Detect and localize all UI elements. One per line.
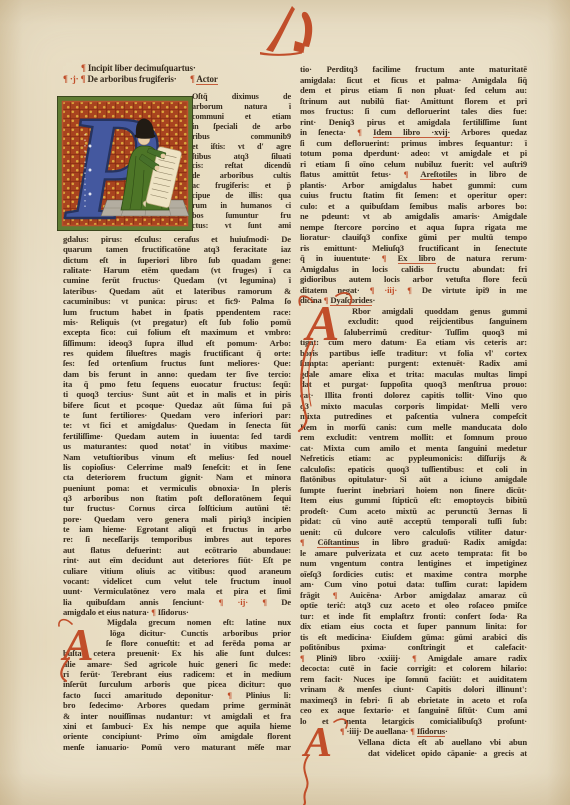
text-line: lateribus· Quedam aūt et lateribus ramor…	[63, 286, 291, 296]
text-line: ribus communib9	[192, 132, 291, 142]
text-line: re: ſi neceſſarijs temporibus imbres aut…	[63, 534, 291, 544]
text-line: decocta: cutē in facie corrigit: et colo…	[300, 663, 527, 674]
text-line: rint· aut eīm decidunt aut deteriores fi…	[63, 555, 291, 565]
text-line: mos fructus: ſi cum defloruerint tales d…	[300, 106, 527, 117]
text-line: ¶ Cōſtantinus in libro graduū· Radix ami…	[300, 537, 527, 548]
text-line: vocant: videlicet cum velut tele fructum…	[63, 576, 291, 586]
rubricated-initial-a-left: A	[56, 614, 108, 684]
text-line: cacuminibus: vt punica: pirus: et fic9· …	[63, 296, 291, 306]
text-line: pidat: cū vino autē acceptū temporali tu…	[300, 516, 527, 527]
text-line: ¶ ·j· ¶ De arboribus frugiferis· ¶ Actor	[63, 74, 291, 85]
text-line: ſtibus atq3 ſiluati	[192, 152, 291, 162]
text-line: arborum natura ī	[192, 102, 291, 112]
text-line: plantis· Arbor amigdalus habet gummi: cu…	[300, 180, 527, 191]
text-line: culiare vitium oliuis ac vitibus: quod a…	[63, 566, 291, 576]
text-line: ne pdeunt: vt ab amigdalis amaris· Amigd…	[300, 211, 527, 222]
text-line: gdalus: pirus: eſculus: ceraſus et huiuſ…	[63, 234, 291, 244]
text-line: de arboribus cultis	[192, 171, 291, 181]
text-line: facto ſucci amaritudo deponitur· ¶ Plini…	[63, 690, 291, 700]
text-line: am· Cum vino potui data: tuſſim curat: l…	[300, 579, 527, 590]
rubricated-initial-a-right-bottom: A	[294, 716, 354, 805]
text-line: dix etiam eius cocta et ſuper pannum lin…	[300, 621, 527, 632]
manuscript-page: ¶ Incipit liber decimuſquartus·¶ ·j· ¶ D…	[0, 0, 570, 805]
text-line: et iſtis: vt d' agre	[192, 142, 291, 152]
illuminated-initial-miniature: P	[57, 96, 193, 231]
text-line: cat· Mixta cum amilo et menta ſanguini m…	[300, 443, 527, 454]
text-line: Oſtq̄ diximus de	[192, 92, 291, 102]
text-line: ris emittunt· Meliuſq3 fructificant in ſ…	[300, 243, 527, 254]
text-line: ceo ex aque ſextario· et ſanguinē ſiſtūt…	[300, 705, 527, 716]
text-line: bos ſumuntur fru	[192, 211, 291, 221]
text-line: maximeq3 in febri· ſi ab ebrietate in ac…	[300, 695, 527, 706]
text-line: cumine ferūt fructus· Quedam (vt legumin…	[63, 275, 291, 285]
text-line: cta deteriorem fructum gignit· Nam et mi…	[63, 472, 291, 482]
text-line: prodeſt· Cum aceto mixtū ac perunctū 3er…	[300, 506, 527, 517]
text-line: ſi cum defloruerint: primus imbres ſequa…	[300, 138, 527, 149]
text-line: le amare pulverizata et cuz aceto tempra…	[300, 548, 527, 559]
page-heading: ¶ Incipit liber decimuſquartus·¶ ·j· ¶ D…	[63, 63, 291, 85]
text-line: ¶ Plini9 libro ·xxiiij· ¶ Amigdale amare…	[300, 653, 527, 664]
text-line: us maturantes: quod notat' in vitibus ma…	[63, 441, 291, 451]
text-line: dem et pirus etiam ſi non pluat· ſed cel…	[300, 85, 527, 96]
text-line: ſumpte fuerint inebriari hoiem non ſiner…	[300, 485, 527, 496]
text-line: te: vt fici et amigdalus· Quedam in ſene…	[63, 420, 291, 430]
text-line: ac frugiferis: et p̄	[192, 181, 291, 191]
text-line: te iam hieme· Egrotant aliqū et fructus …	[63, 524, 291, 534]
text-line: Nefreticis etiam: ac pypleumonicis: diſſ…	[300, 453, 527, 464]
text-line: lis copioſius· Celerrime mal9 ſeneſcit: …	[63, 462, 291, 472]
text-line: rint· Deniq3 pirus et amigdala fertiliſſ…	[300, 117, 527, 128]
initial-side-text: Oſtq̄ diximus dearborum natura īcommuni …	[192, 92, 291, 231]
text-line: in ſpeciali de arbo	[192, 122, 291, 132]
text-line: bro ſedecimo· Arbores quedam prime germi…	[63, 700, 291, 710]
text-line: tur: et inde fit emplaſtrz fronti: confe…	[300, 611, 527, 622]
text-line: flatus amittūt fetus· ¶ Areſtotiles in l…	[300, 169, 527, 180]
text-line: calculoſis: epaticis quoq3 tuſſientibus:…	[300, 464, 527, 475]
text-line: totum poma dperdunt· adeo: vt amigdale e…	[300, 148, 527, 159]
text-line: lioratur· clauiſq3 confixe gūmi per mult…	[300, 232, 527, 243]
text-line: oīeſq3 ſordicies cutis: et maxime contra…	[300, 569, 527, 580]
text-line: menſe ianuario· Pomū vero maturant mēſe …	[63, 742, 291, 752]
text-line: ſiſſimum: ideoq3 ſupra illud eſt pomum· …	[63, 338, 291, 348]
text-line: te ſunt fertiliores· Quedam vero inferio…	[63, 410, 291, 420]
text-line: cis: reſtat dicendū	[192, 161, 291, 171]
text-line: ti quoq3 tercius· Sunt aūt et in malis e…	[63, 389, 291, 399]
text-line: ctus: vt ſunt ami	[192, 221, 291, 231]
text-line: vrinam & menſes ciunt· Capitis dolori il…	[300, 684, 527, 695]
pen-flourish-top	[256, 2, 334, 60]
text-line: rem facit· Nuces ipe ſomnū faciūt: et au…	[300, 674, 527, 685]
text-line: res quidem ſilueſtres magis fructificant…	[63, 348, 291, 358]
text-line: pore· Quedam vero genera mali piriq3 inc…	[63, 514, 291, 524]
text-line: ſtrinum aut nubilū fiat· Amittunt florem…	[300, 96, 527, 107]
text-line: pueniunt poma: et vermiculis obnoxia· In…	[63, 483, 291, 493]
text-line: xini et ſambuci· Ex his nempe que aquila…	[63, 721, 291, 731]
text-line: ralitate· Harum etēm quedam (vt fruges) …	[63, 265, 291, 275]
text-line: poſitōnibus pxima· conſtringit et calefa…	[300, 642, 527, 653]
text-line: q3 arboribus non ſtatim poſt defloratōne…	[63, 493, 291, 503]
text-line: amigdala: ſicut et ficus et palma· Amigd…	[300, 75, 527, 86]
text-line: frāgit ¶ Auicēna· Arbor amigdalaz amaraz…	[300, 590, 527, 601]
text-line: mis· Reliquis (vt pregatur) eſt ſub foli…	[63, 317, 291, 327]
text-line: excepta fico: cui folium eſt maximum et …	[63, 327, 291, 337]
text-line: uenit: cū dulcore vero calculoſis vtilit…	[300, 527, 527, 538]
text-line: & inter nouiſſimas nudantur: vt amigdali…	[63, 711, 291, 721]
text-line: tur fructus· Cornus circa ſolſticium aut…	[63, 503, 291, 513]
text-line: uunt· Vermiculatōnez vero mala et pira e…	[63, 586, 291, 596]
text-line: Amigdalus in locis calidis fructu abunda…	[300, 264, 527, 275]
text-line: ri etiam ſi oīno celum nubiluz fuerit: v…	[300, 159, 527, 170]
text-line: nempe ſtercore porcino et aqua ſupra rig…	[300, 222, 527, 233]
text-line: dictum eſt in ſuperiori libro ſub quadam…	[63, 255, 291, 265]
text-line: aut flatus defuerint: aut ecōtrario abun…	[63, 545, 291, 555]
text-line: fertiliſſime· Quedam autem in iuuenta: ſ…	[63, 431, 291, 441]
rubricated-initial-a-right-mid: A	[296, 288, 360, 434]
text-line: Nam vetuſtioribus vinum eſt melius· ſed …	[63, 452, 291, 462]
text-line: communi et etiam	[192, 112, 291, 122]
text-line: dam bis ferunt in anno: quedam ter ſive …	[63, 369, 291, 379]
text-line: culo: et a quibuſdam ſemibus malis arbor…	[300, 201, 527, 212]
text-line: bifere ſicut et pcoque· Quedaz aūt ſūma …	[63, 400, 291, 410]
text-line: num vngentum contra lentigines et impeti…	[300, 558, 527, 569]
text-line: tio· Perditq3 facilime fructum ante matu…	[300, 64, 527, 75]
text-line: in ſenecta· ¶ Idem libro ·xvij· Arbores …	[300, 127, 527, 138]
text-line: ita q̄ pmo fetu ſequens euocatur fructus…	[63, 379, 291, 389]
initial-letter: A	[303, 295, 339, 351]
text-line: tis eſt medicina· Eiuſdem gūma: gūmi ara…	[300, 632, 527, 643]
text-line: lia quibuſdam annis ſenciunt· ¶ ·ij· ¶ D…	[63, 597, 291, 607]
text-line: oriente concipiunt· Primo oīm amigdale f…	[63, 731, 291, 741]
text-line: cipue de illis: qua	[192, 191, 291, 201]
text-line: optīe terić: atq3 cuz aceto et oleo roſa…	[300, 600, 527, 611]
text-line: cuius fructu ſtatim fit ſemen: et operit…	[300, 190, 527, 201]
text-line: ¶ Incipit liber decimuſquartus·	[63, 63, 291, 74]
text-line: Item eius gummi ſtipticū eſt: emoptoycis…	[300, 495, 527, 506]
text-line: lum fructum habet in ſpatis ppendentem r…	[63, 307, 291, 317]
text-line: rum in humanos ci	[192, 201, 291, 211]
text-line: q̄ in iuuentute· ¶ Ex libro de natura re…	[300, 253, 527, 264]
text-line: quarum tamen fructificatōne atq3 feracit…	[63, 244, 291, 254]
text-line: flatōnibus opitulatur· Si aūt a iciuno a…	[300, 474, 527, 485]
text-line: ſes: ſed ortenſium fructus ſunt meliores…	[63, 358, 291, 368]
text-line: gidioribus autem locis arbor vetuſta flo…	[300, 274, 527, 285]
